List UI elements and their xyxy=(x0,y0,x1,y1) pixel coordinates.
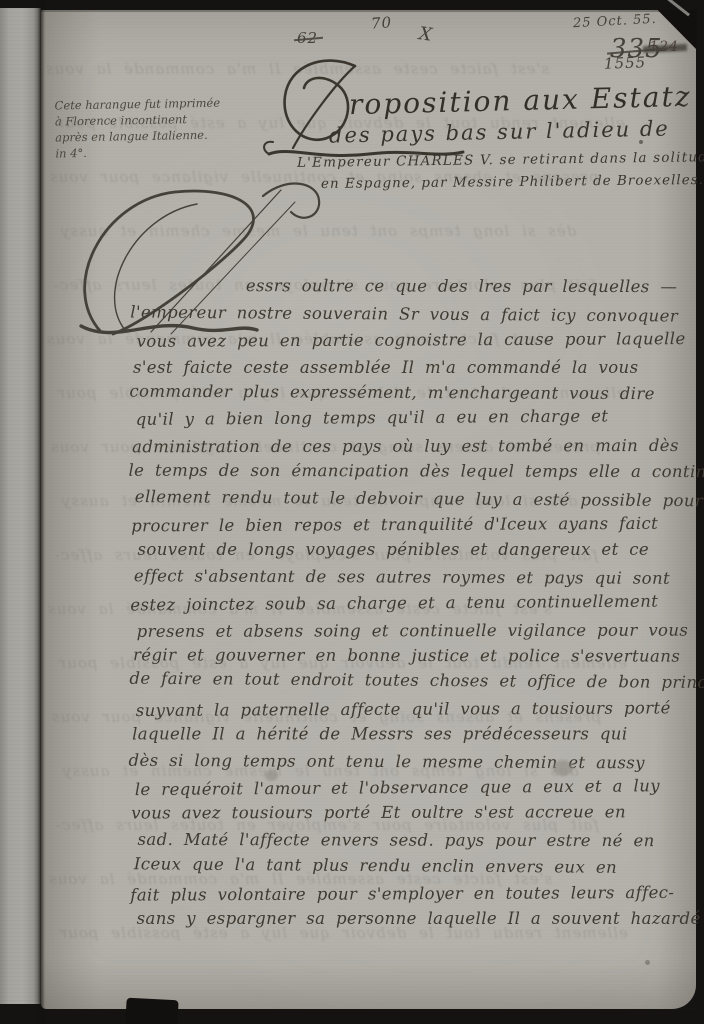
manuscript-line: Iceux que l'a tant plus rendu enclin env… xyxy=(134,854,704,884)
manuscript-line: presens et absens soing et continuelle v… xyxy=(137,620,704,648)
manuscript-line: souvent de longs voyages pénibles et dan… xyxy=(138,540,704,566)
bottom-page-gap xyxy=(125,998,178,1024)
annotation-x-mark: X xyxy=(418,23,435,46)
manuscript-line: de faire en tout endroit toutes choses e… xyxy=(129,669,699,699)
paper-stain xyxy=(553,760,573,776)
margin-note: Cete harangue fut impriméeà Florence inc… xyxy=(54,94,230,161)
title-line-2: des pays bas sur l'adieu de xyxy=(329,116,670,147)
paper-stain xyxy=(265,770,278,781)
annotation-number-62: 62 xyxy=(297,29,318,47)
manuscript-line: vous avez peu en partie cognoistre la ca… xyxy=(137,329,704,358)
margin-note-line: après en langue Italienne. xyxy=(55,126,230,145)
manuscript-line: qu'il y a bien long temps qu'il a eu en … xyxy=(136,406,704,436)
manuscript-line: procurer le bien repos et tranquilité d'… xyxy=(131,513,701,542)
manuscript-line: s'est faicte ceste assemblée Il m'a comm… xyxy=(133,358,703,384)
manuscript-line: essrs oultre ce que des lres par lesquel… xyxy=(246,276,704,304)
adjacent-page-edge xyxy=(0,8,41,1004)
ink-speck xyxy=(645,960,650,965)
manuscript-line: estez joinctez soub sa charge et a tenu … xyxy=(130,591,700,621)
annotation-date: 25 Oct. 55. xyxy=(573,12,657,31)
manuscript-page: s'est faicte ceste assemblée Il m'a comm… xyxy=(41,10,696,1009)
bleedthrough-line: dès si long temps ont tenu le mesme chem… xyxy=(60,222,576,240)
title-line-4: en Espagne, par Messire Philibert de Bro… xyxy=(321,172,704,192)
ink-speck xyxy=(639,140,643,144)
binding-crease xyxy=(38,0,45,1024)
manuscript-line: le temps de son émancipation dès lequel … xyxy=(128,461,698,489)
manuscript-line: suyvant la paternelle affecte qu'il vous… xyxy=(136,698,704,727)
annotation-year-1555: 1555 xyxy=(604,53,647,72)
manuscript-line: laquelle Il a hérité de Messrs ses prédé… xyxy=(132,724,702,750)
margin-note-line: Cete harangue fut imprimée xyxy=(54,94,229,113)
manuscript-line: sans y espargner sa personne laquelle Il… xyxy=(137,909,704,935)
body-lines: essrs oultre ce que des lres par lesquel… xyxy=(133,278,703,935)
bleedthrough-line: s'est faicte ceste assemblée Il m'a comm… xyxy=(45,60,549,78)
manuscript-line: administration de ces pays où luy est to… xyxy=(132,436,702,464)
annotation-number-70: 70 xyxy=(370,13,392,32)
manuscript-line: sad. Maté l'affecte envers sesd. pays po… xyxy=(137,830,704,858)
manuscript-line: fait plus volontaire pour s'employer en … xyxy=(130,883,700,912)
title-line-3: L'Empereur CHARLES V. se retirant dans l… xyxy=(297,149,704,171)
page-edge-texture xyxy=(0,8,41,1004)
scanned-manuscript: s'est faicte ceste assemblée Il m'a comm… xyxy=(0,0,704,1024)
manuscript-line: vous avez tousiours porté Et oultre s'es… xyxy=(131,802,701,830)
margin-note-line: in 4°. xyxy=(55,142,230,161)
title-line-1: roposition aux Estatz xyxy=(349,80,692,121)
